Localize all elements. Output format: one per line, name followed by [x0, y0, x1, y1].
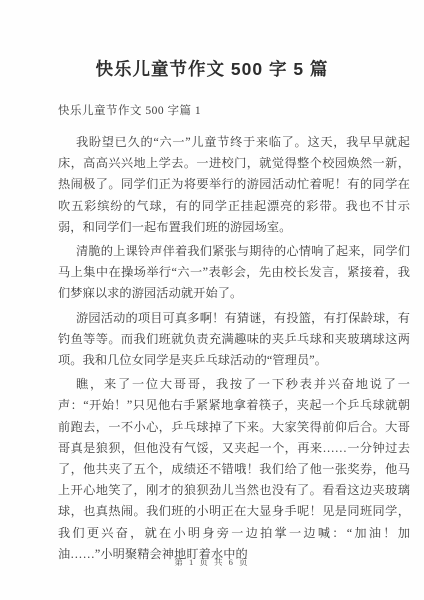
- page-number-indicator: 第 1 页 共 6 页: [174, 557, 249, 567]
- body-paragraph: 瞧，来了一位大哥哥，我按了一下秒表并兴奋地说了一声：“开始！”只见他右手紧紧地拿…: [58, 374, 410, 565]
- body-paragraph: 游园活动的项目可真多啊！有猜谜，有投篮，有打保龄球，有钓鱼等等。而我们班就负责充…: [58, 308, 410, 372]
- section-heading: 快乐儿童节作文 500 字篇 1: [58, 104, 410, 119]
- page-footer: 第 1 页 共 6 页: [0, 552, 424, 570]
- document-body: 快乐儿童节作文 500 字篇 1 我盼望已久的“六一”儿童节终于来临了。这天，我…: [58, 104, 410, 568]
- document-page: 快乐儿童节作文 500 字 5 篇 快乐儿童节作文 500 字篇 1 我盼望已久…: [0, 0, 424, 600]
- body-paragraph: 我盼望已久的“六一”儿童节终于来临了。这天，我早早就起床，高高兴兴地上学去。一进…: [58, 132, 410, 238]
- body-paragraph: 清脆的上课铃声伴着我们紧张与期待的心情响了起来，同学们马上集中在操场举行“六一”…: [58, 241, 410, 305]
- document-title: 快乐儿童节作文 500 字 5 篇: [0, 56, 424, 82]
